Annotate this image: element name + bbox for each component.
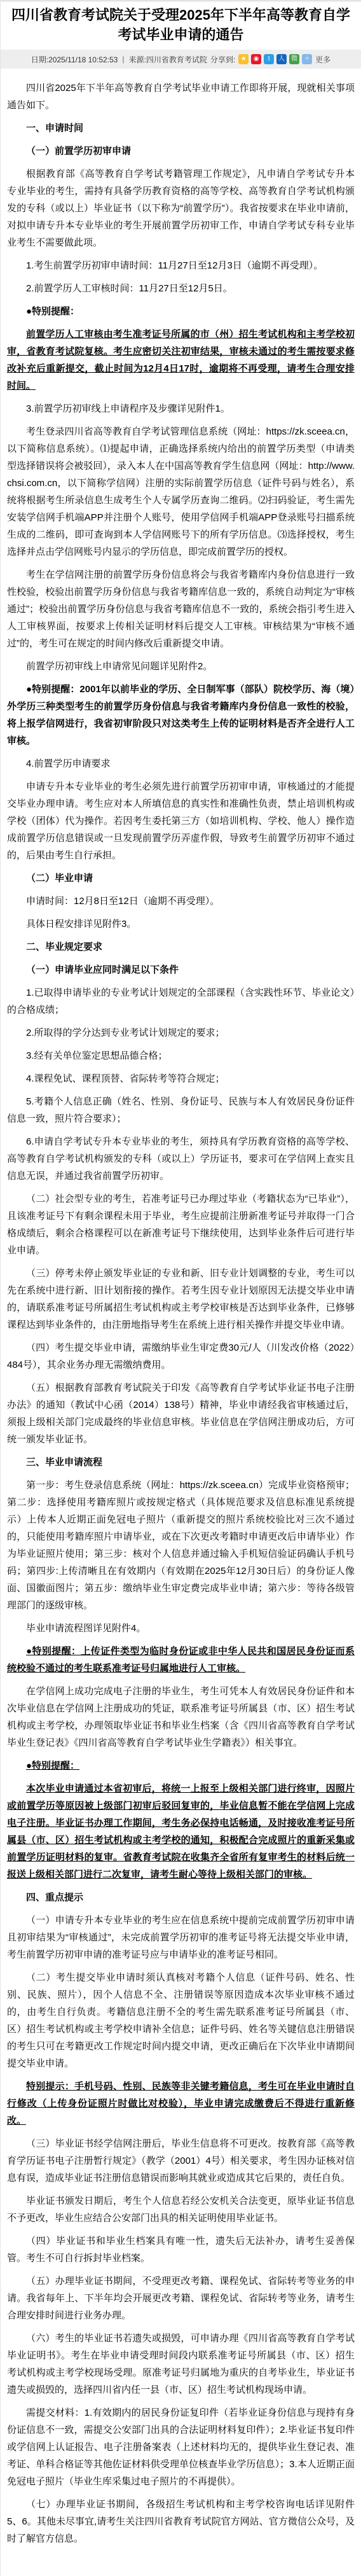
- paragraph: 在学信网上成功完成电子注册的毕业生，考生可凭本人有效居民身份证件和本次毕业信息在…: [7, 1683, 355, 1751]
- section-heading: （一）申请毕业应同时满足以下条件: [7, 961, 355, 978]
- renren-share-icon[interactable]: 人: [276, 54, 287, 64]
- paragraph: ●特别提醒：2001年以前毕业的学历、全日制军事（部队）院校学历、海（境）外学历…: [7, 681, 355, 749]
- page-title: 四川省教育考试院关于受理2025年下半年高等教育自学考试毕业申请的通告: [1, 3, 361, 50]
- paragraph: （五）办理毕业证书期间，不受理更改考籍、课程免试、省际转考等业务的申请。我省每年…: [7, 2273, 355, 2324]
- tencent-weibo-share-icon[interactable]: t: [264, 54, 274, 64]
- paragraph: （一）申请专升本专业毕业的考生应在信息系统中提前完成前置学历初审申请且初审结果为…: [7, 1912, 355, 1963]
- article-source: 来源:四川省教育考试院: [128, 54, 207, 65]
- paragraph: 前置学历人工审核由考生准考证号所属的市（州）招生考试机构和主考学校初审，省教育考…: [7, 326, 355, 394]
- section-heading: 四、重点提示: [7, 1889, 355, 1906]
- paragraph: ●特别提醒：: [7, 1757, 355, 1774]
- paragraph: 1.考生前置学历初审申请时间：11月27日至12月3日（逾期不再受理）。: [7, 257, 355, 274]
- paragraph: （三）停考未停止颁发毕业证的专业和新、旧专业计划调整的专业，考生可以先在系统中进…: [7, 1265, 355, 1333]
- paragraph: 根据教育部《高等教育自学考试考籍管理工作规定》，凡申请自学考试专升本专业毕业的考…: [7, 165, 355, 251]
- article-date: 日期:2025/11/18 10:52:53: [31, 54, 118, 65]
- article-body: 四川省2025年下半年高等教育自学考试毕业申请工作即将开展，现就相关事项通告如下…: [1, 69, 361, 2576]
- paragraph: （三）毕业证书经学信网注册后，毕业生信息将不可更改。按教育部《高等教育学历证书电…: [7, 2135, 355, 2187]
- sina-weibo-share-icon[interactable]: ◉: [251, 54, 261, 64]
- paragraph: 本次毕业申请通过本省初审后，将统一上报至上级相关部门进行终审，因照片或前置学历等…: [7, 1780, 355, 1883]
- paragraph: （二）考生提交毕业申请时须认真核对考籍个人信息（证件号码、姓名、性别、民族、照片…: [7, 1969, 355, 2072]
- paragraph: ●特别提醒：上传证件类型为临时身份证或非中华人民共和国居民身份证而系统校验不通过…: [7, 1643, 355, 1677]
- paragraph: 2.所取得的学分达到专业考试计划规定的要求；: [7, 1024, 355, 1041]
- wechat-share-icon[interactable]: 微: [289, 54, 299, 64]
- paragraph: 4.课程免试、课程顶替、省际转考等符合规定；: [7, 1070, 355, 1087]
- paragraph: 1.已取得申请毕业的专业考试计划规定的全部课程（含实践性环节、毕业论文）的合格成…: [7, 984, 355, 1019]
- paragraph: 需提交材料：1.有效期内的居民身份证复印件（若毕业证身份信息与现持有身份证信息不…: [7, 2404, 355, 2490]
- paragraph: ●特别提醒：: [7, 303, 355, 320]
- paragraph: （二）社会型专业的考生，若准考证号已办理过毕业（考籍状态为“已毕业”），且该准考…: [7, 1190, 355, 1259]
- paragraph: 申请专升本专业毕业的考生必须先进行前置学历初审申请，审核通过的才能提交毕业办理申…: [7, 778, 355, 864]
- notice-page: 四川省教育考试院关于受理2025年下半年高等教育自学考试毕业申请的通告 日期:2…: [0, 0, 361, 2576]
- section-heading: （一）前置学历初审申请: [7, 143, 355, 160]
- paragraph: （七）办理毕业证书期间，各级招生考试机构和主考学校咨询电话详见附件5、6。其他未…: [7, 2496, 355, 2547]
- section-heading: 一、申请时间: [7, 120, 355, 137]
- paragraph: （四）毕业证书和毕业生档案具有唯一性，遗失后无法补办，请考生妥善保管。考生不可自…: [7, 2232, 355, 2267]
- section-heading: 二、毕业规定要求: [7, 938, 355, 956]
- paragraph: 第一步：考生登录信息系统（网址：https://zk.sceea.cn）完成毕业…: [7, 1477, 355, 1614]
- share-more-link[interactable]: 更多: [315, 54, 330, 65]
- meta-divider: |: [121, 55, 125, 64]
- paragraph: （五）根据教育部教育考试院关于印发《高等教育自学考试毕业证书电子注册办法》的通知…: [7, 1379, 355, 1448]
- paragraph: 毕业申请流程图详见附件4。: [7, 1620, 355, 1637]
- paragraph: 6.申请自学考试专升本专业毕业的考生，须持具有学历教育资格的高等学校、高等教育自…: [7, 1133, 355, 1185]
- paragraph: 前置学历初审线上申请常见问题详见附件2。: [7, 658, 355, 675]
- paragraph: 3.前置学历初审线上申请程序及步骤详见附件1。: [7, 400, 355, 417]
- section-heading: （二）毕业申请: [7, 870, 355, 887]
- paragraph: 考生在学信网注册的前置学历身份信息将会与我省考籍库内身份信息进行一致性校验，校验…: [7, 566, 355, 652]
- paragraph: 具体日程安排详见附件3。: [7, 916, 355, 933]
- paragraph: 四川省2025年下半年高等教育自学考试毕业申请工作即将开展，现就相关事项通告如下…: [7, 80, 355, 114]
- paragraph: 考生登录四川省高等教育自学考试管理信息系统（网址：https://zk.scee…: [7, 423, 355, 560]
- paragraph: 5.考籍个人信息正确（姓名、性别、身份证号、民族与本人有效居民身份证件信息一致，…: [7, 1093, 355, 1127]
- share-icons: ★◉t人微＋: [238, 54, 312, 64]
- paragraph: 2.前置学历人工审核时间：11月27日至12月5日。: [7, 280, 355, 297]
- paragraph: 4.前置学历申请要求: [7, 755, 355, 772]
- paragraph: 3.经有关单位鉴定思想品德合格；: [7, 1047, 355, 1064]
- paragraph: 毕业证书颁发日期后，考生个人信息若经公安机关合法变更，原毕业证书信息不予更改，毕…: [7, 2192, 355, 2227]
- qzone-share-icon[interactable]: ★: [238, 54, 249, 64]
- paragraph: 申请时间：12月8日至12日（逾期不再受理）。: [7, 893, 355, 910]
- paragraph: （四）考生提交毕业申请，需缴纳毕业生审定费30元/人（川发改价格（2022）48…: [7, 1339, 355, 1374]
- more-share-icon[interactable]: ＋: [302, 54, 312, 64]
- article-meta-bar: 日期:2025/11/18 10:52:53 | 来源:四川省教育考试院 分享到…: [1, 50, 361, 69]
- paragraph: 特别提示：手机号码、性别、民族等非关键考籍信息，考生可在毕业申请时自行修改（上传…: [7, 2078, 355, 2129]
- paragraph: （六）考生的毕业证书若遗失或损毁，可申请办理《四川省高等教育自学考试毕业证明书》…: [7, 2330, 355, 2398]
- section-heading: 三、毕业申请流程: [7, 1454, 355, 1471]
- share-label: 分享到:: [210, 54, 235, 65]
